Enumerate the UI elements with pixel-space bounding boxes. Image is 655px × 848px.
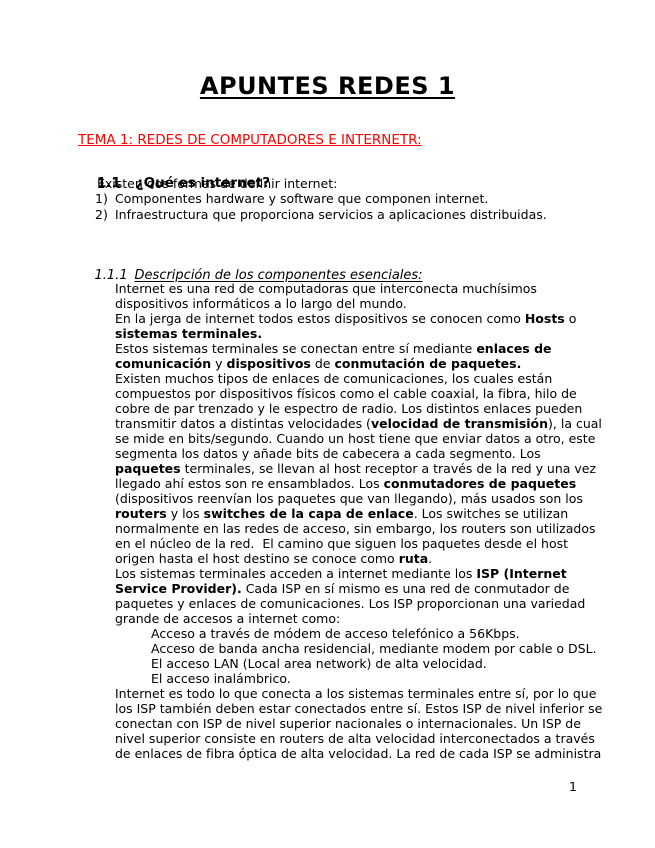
paragraph-line: Internet es todo lo que conecta a los si… [115, 686, 602, 701]
text-run: compuestos por dispositivos físicos como… [115, 386, 577, 401]
paragraph-line: en el núcleo de la red. El camino que si… [115, 536, 602, 551]
bold-text-run: velocidad de transmisión [371, 416, 548, 431]
text-run: cobre de par trenzado y le espectro de r… [115, 401, 582, 416]
text-run: y [211, 356, 226, 371]
bold-text-run: conmutación de paquetes. [334, 356, 521, 371]
document-page: APUNTES REDES 1 TEMA 1: REDES DE COMPUTA… [0, 0, 655, 848]
text-run: en el núcleo de la red. El camino que si… [115, 536, 568, 551]
text-run: origen hasta el host destino se conoce c… [115, 551, 399, 566]
text-run: Acceso de banda ancha residencial, media… [151, 641, 597, 656]
paragraph-line: se mide en bits/segundo. Cuando un host … [115, 431, 602, 446]
text-run: paquetes y enlaces de comunicaciones. Lo… [115, 596, 585, 611]
text-run: Internet es una red de computadoras que … [115, 281, 537, 296]
list-item: 1)Componentes hardware y software que co… [95, 191, 547, 207]
text-run: de enlaces de fibra óptica de alta veloc… [115, 746, 601, 761]
text-run: . Los switches se utilizan [414, 506, 568, 521]
paragraph-line: Los sistemas terminales acceden a intern… [115, 566, 602, 581]
paragraph-line: (dispositivos reenvían los paquetes que … [115, 491, 602, 506]
text-run: conectan con ISP de nivel superior nacio… [115, 716, 581, 731]
paragraph-line: origen hasta el host destino se conoce c… [115, 551, 602, 566]
list-item-text: Componentes hardware y software que comp… [115, 191, 488, 206]
text-run: grande de accesos a internet como: [115, 611, 340, 626]
paragraph-line: dispositivos informáticos a lo largo del… [115, 296, 602, 311]
bold-text-run: enlaces de [476, 341, 551, 356]
paragraph-line: comunicación y dispositivos de conmutaci… [115, 356, 602, 371]
list-item-marker: 1) [95, 191, 115, 207]
text-run: nivel superior consiste en routers de al… [115, 731, 595, 746]
paragraph-line: cobre de par trenzado y le espectro de r… [115, 401, 602, 416]
list-item-marker: 2) [95, 207, 115, 223]
bold-text-run: ISP (Internet [476, 566, 566, 581]
text-run: (dispositivos reenvían los paquetes que … [115, 491, 583, 506]
paragraph-line: Existen muchos tipos de enlaces de comun… [115, 371, 602, 386]
text-run: y los [167, 506, 204, 521]
paragraph-line: segmenta los datos y añade bits de cabec… [115, 446, 602, 461]
paragraph-line: llegado ahí estos son re ensamblados. Lo… [115, 476, 602, 491]
text-run: Existen muchos tipos de enlaces de comun… [115, 371, 552, 386]
text-run: Internet es todo lo que conecta a los si… [115, 686, 596, 701]
paragraph-line: Acceso a través de módem de acceso telef… [115, 626, 602, 641]
text-run: Los sistemas terminales acceden a intern… [115, 566, 476, 581]
paragraph-line: conectan con ISP de nivel superior nacio… [115, 716, 602, 731]
text-run: Estos sistemas terminales se conectan en… [115, 341, 476, 356]
bold-text-run: comunicación [115, 356, 211, 371]
paragraph-line: paquetes y enlaces de comunicaciones. Lo… [115, 596, 602, 611]
tema-heading: TEMA 1: REDES DE COMPUTADORES E INTERNET… [78, 132, 422, 149]
bold-text-run: ruta [399, 551, 428, 566]
paragraph-line: Service Provider). Cada ISP en sí mismo … [115, 581, 602, 596]
text-run: En la jerga de internet todos estos disp… [115, 311, 525, 326]
ordered-list: 1)Componentes hardware y software que co… [95, 191, 547, 223]
paragraph-line: compuestos por dispositivos físicos como… [115, 386, 602, 401]
text-run: Acceso a través de módem de acceso telef… [151, 626, 520, 641]
text-run: los ISP también deben estar conectados e… [115, 701, 602, 716]
page-number: 1 [569, 779, 577, 794]
paragraph-line: los ISP también deben estar conectados e… [115, 701, 602, 716]
text-run: se mide en bits/segundo. Cuando un host … [115, 431, 595, 446]
text-run: segmenta los datos y añade bits de cabec… [115, 446, 541, 461]
text-run: dispositivos informáticos a lo largo del… [115, 296, 407, 311]
text-run: de [311, 356, 335, 371]
paragraph-line: grande de accesos a internet como: [115, 611, 602, 626]
bold-text-run: switches de la capa de enlace [204, 506, 414, 521]
list-item-text: Infraestructura que proporciona servicio… [115, 207, 547, 222]
text-run: llegado ahí estos son re ensamblados. Lo… [115, 476, 384, 491]
text-run: . [428, 551, 432, 566]
text-run: ), la cual [548, 416, 602, 431]
bold-text-run: paquetes [115, 461, 181, 476]
document-title: APUNTES REDES 1 [0, 72, 655, 100]
text-run: terminales, se llevan al host receptor a… [181, 461, 596, 476]
paragraph-line: El acceso LAN (Local area network) de al… [115, 656, 602, 671]
bold-text-run: sistemas terminales. [115, 326, 262, 341]
text-run: o [565, 311, 577, 326]
paragraph-line: paquetes terminales, se llevan al host r… [115, 461, 602, 476]
text-run: El acceso LAN (Local area network) de al… [151, 656, 487, 671]
text-run: El acceso inalámbrico. [151, 671, 291, 686]
paragraph-line: Internet es una red de computadoras que … [115, 281, 602, 296]
bold-text-run: routers [115, 506, 167, 521]
paragraph-line: En la jerga de internet todos estos disp… [115, 311, 602, 326]
bold-text-run: Service Provider). [115, 581, 242, 596]
paragraph-line: Estos sistemas terminales se conectan en… [115, 341, 602, 356]
paragraph-line: Acceso de banda ancha residencial, media… [115, 641, 602, 656]
paragraph-line: sistemas terminales. [115, 326, 602, 341]
paragraph-line: de enlaces de fibra óptica de alta veloc… [115, 746, 602, 761]
list-item: 2)Infraestructura que proporciona servic… [95, 207, 547, 223]
text-run: Cada ISP en sí mismo es una red de conmu… [242, 581, 570, 596]
text-run: normalmente en las redes de acceso, sin … [115, 521, 596, 536]
bold-text-run: dispositivos [227, 356, 311, 371]
paragraph-line: normalmente en las redes de acceso, sin … [115, 521, 602, 536]
paragraph-line: transmitir datos a distintas velocidades… [115, 416, 602, 431]
paragraph-line: El acceso inalámbrico. [115, 671, 602, 686]
paragraph-line: nivel superior consiste en routers de al… [115, 731, 602, 746]
paragraph-line: routers y los switches de la capa de enl… [115, 506, 602, 521]
text-run: transmitir datos a distintas velocidades… [115, 416, 371, 431]
body-paragraph: Internet es una red de computadoras que … [115, 281, 602, 761]
bold-text-run: conmutadores de paquetes [384, 476, 577, 491]
bold-text-run: Hosts [525, 311, 565, 326]
section-intro-text: Existen dos formas de definir internet: [97, 176, 337, 191]
